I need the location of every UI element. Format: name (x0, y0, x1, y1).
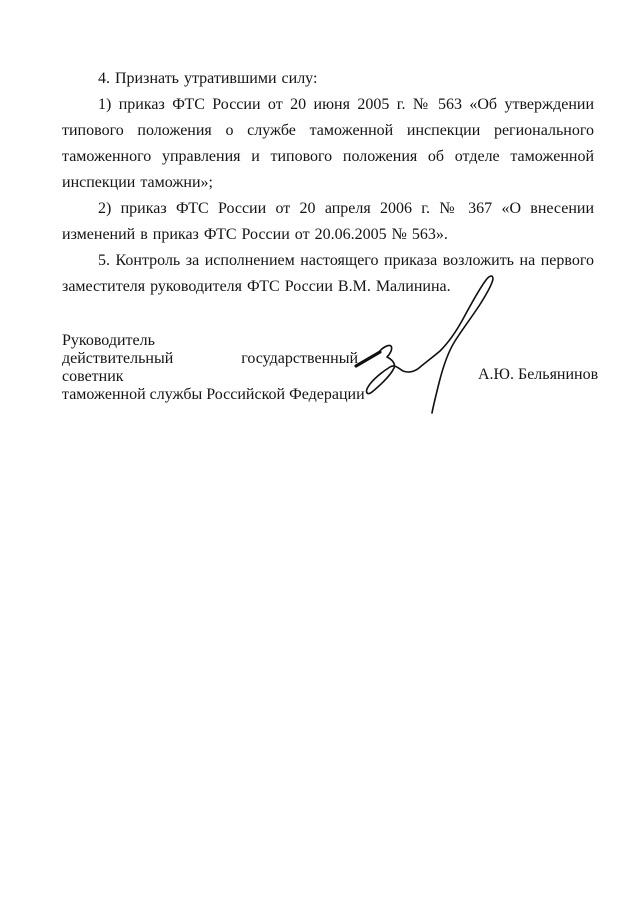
signer-title-line-1: Руководитель (62, 332, 358, 350)
paragraph-item-5: 5. Контроль за исполнением настоящего пр… (62, 248, 594, 300)
document-body: 4. Признать утратившими силу: 1) приказ … (62, 66, 594, 300)
signer-title-line-2: действительный государственный советник (62, 350, 358, 386)
handwritten-signature (348, 268, 508, 423)
signer-title-line-3: таможенной службы Российской Федерации (62, 386, 358, 404)
document-page: 4. Признать утратившими силу: 1) приказ … (0, 0, 640, 900)
paragraph-item-4: 4. Признать утратившими силу: (62, 66, 594, 92)
paragraph-subitem-2: 2) приказ ФТС России от 20 апреля 2006 г… (62, 196, 594, 248)
paragraph-subitem-1: 1) приказ ФТС России от 20 июня 2005 г. … (62, 92, 594, 196)
signature-block: Руководитель действительный государствен… (62, 332, 358, 404)
signee-name: А.Ю. Бельянинов (478, 366, 598, 384)
